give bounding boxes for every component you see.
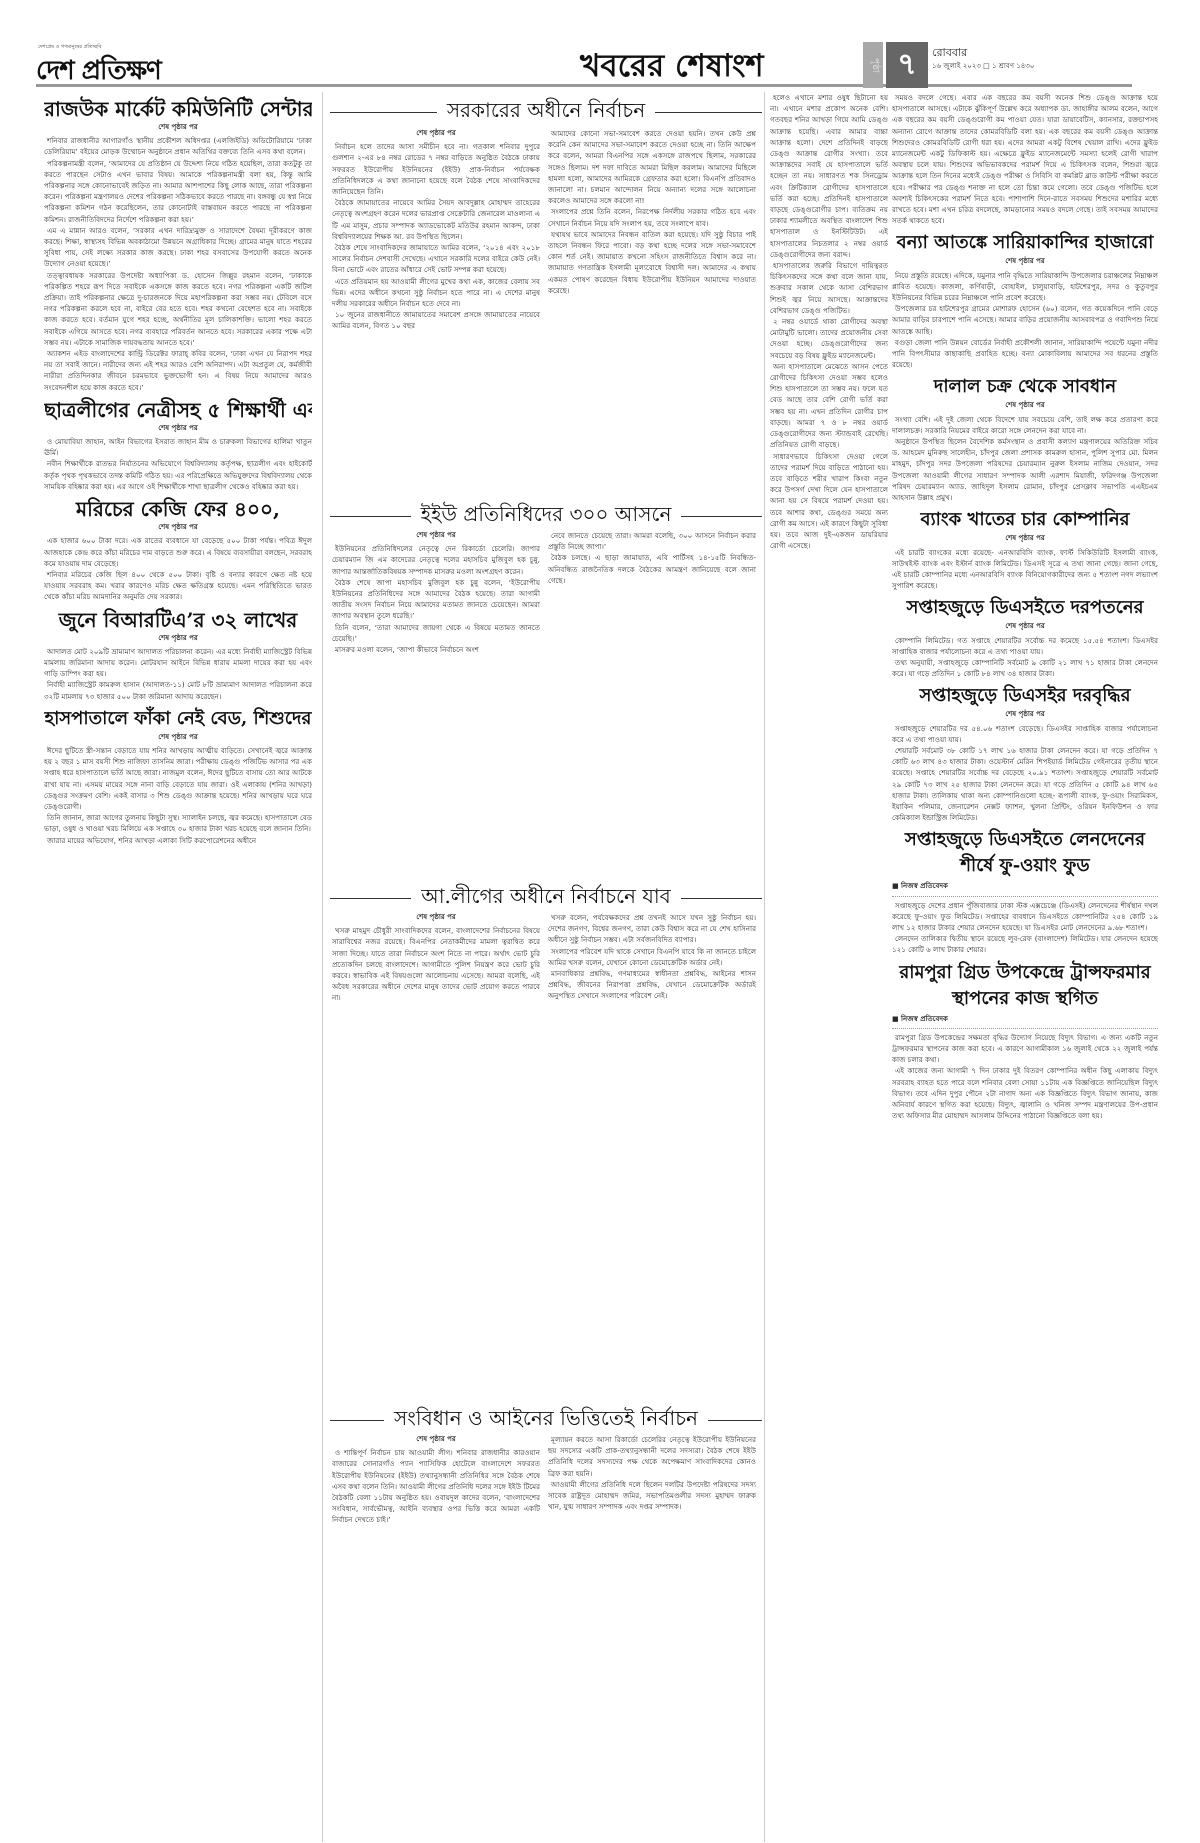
- page-number: ৭: [886, 42, 928, 88]
- continued-label: শেষ পৃষ্ঠার পর: [892, 709, 1158, 720]
- paragraph: সপ্তাহজুড়ে শেয়ারটির দর ৫৪.০৬ শতাংশ বেড…: [892, 723, 1158, 745]
- election-govt-col1: শেষ পৃষ্ঠার পর নির্বাচন হলে তাদের আসা সম…: [332, 128, 540, 493]
- headline-constitution: সংবিধান ও আইনের ভিত্তিতেই নির্বাচন: [330, 1404, 762, 1437]
- awami-election-col1: শেষ পৃষ্ঠার পর খসরু মাহমুদ চৌধুরী সাংবাদ…: [332, 912, 540, 1397]
- rule: [655, 112, 762, 113]
- left-column: রাজউক মার্কেট কমিউনিটি সেন্টার শেষ পৃষ্ঠ…: [44, 92, 312, 1842]
- headline: সপ্তাহজুড়ে ডিএসইর দরবৃদ্ধির: [892, 683, 1158, 709]
- paragraph: তত্ত্বাবধায়ক সরকারের উপদেষ্টা অধ্যাপিকা…: [44, 270, 312, 348]
- paragraph: জারার মায়ের অভিযোগ, শনির আখড়া এলাকা সি…: [44, 835, 312, 846]
- awami-election-col2: খসরু বলেন, পর্যবেক্ষকদের প্রশ্ন তখনই আসে…: [548, 912, 756, 1397]
- continued-label: শেষ পৃষ্ঠার পর: [892, 400, 1158, 411]
- paragraph: ও শান্তিপূর্ণ নির্বাচন চায় আওয়ামী লীগ।…: [332, 1447, 540, 1525]
- paragraph: নির্বাহী ম্যাজিস্ট্রেট কামরুল হাসান (আদা…: [44, 679, 312, 701]
- paragraph: শেয়ারটি সর্বমোট ৩৮ কোটি ১৭ লাখ ১৬ হাজার…: [892, 745, 1158, 823]
- continued-label: শেষ পৃষ্ঠার পর: [44, 633, 312, 644]
- article-dse-price: সপ্তাহজুড়ে ডিএসইতে দরপতনের শেষ পৃষ্ঠার …: [892, 595, 1158, 679]
- paragraph: এম এ মান্নান আরও বলেন, ‘সরকার এখন দারিদ্…: [44, 225, 312, 270]
- headline: সংবিধান ও আইনের ভিত্তিতেই নির্বাচন: [394, 1404, 698, 1437]
- rule: [681, 516, 762, 517]
- headline: ব্যাংক খাতের চার কোম্পানির: [892, 507, 1158, 533]
- paragraph: এই কাজের জন্য আগামী ৭ দিন ঢাকার দুই বিতর…: [892, 1065, 1158, 1121]
- continued-label: শেষ পৃষ্ঠার পর: [44, 732, 312, 743]
- continued-label: শেষ পৃষ্ঠার পর: [892, 621, 1158, 632]
- paragraph: তিনি বলেন, ‘তারা আমাদের জায়গা থেকে এ বি…: [332, 622, 540, 644]
- paragraph: ঈদের ছুটিতে স্ত্রী-সন্তান বেড়াতে যায় শ…: [44, 745, 312, 812]
- headline-line2: স্থাপনের কাজ স্থগিত: [892, 986, 1158, 1012]
- newspaper-logo: দেশ প্রতিক্ষণ: [36, 50, 161, 94]
- paragraph: এই চারটি ব্যাংকের মধ্যে রয়েছে- এনআরবিসি…: [892, 547, 1158, 592]
- constitution-col2: মূল্যায়ন করতে আসা রিকার্ডো চেলেরির নেতৃ…: [548, 1434, 756, 1839]
- paragraph: ২ নম্বর ওয়ার্ডে থাকা রোগীদের অবস্থা মোট…: [770, 316, 888, 361]
- headline: রাজউক মার্কেট কমিউনিটি সেন্টার: [44, 96, 312, 122]
- headline: হাসপাতালে ফাঁকা নেই বেড, শিশুদের: [44, 706, 312, 732]
- paragraph: সময়ও বদলে গেছে। এবার এক বছরের কম বয়সী …: [892, 92, 1158, 226]
- column-divider: [322, 92, 323, 1842]
- paragraph: কোম্পানি লিমিটেড। গত সপ্তাহে শেয়ারটির স…: [892, 635, 1158, 657]
- rule: [681, 898, 762, 899]
- article-rampura: রামপুরা গ্রিড উপকেন্দ্রে ট্রান্সফরমার স্…: [892, 960, 1158, 1122]
- paragraph: এক হাজার ৬০০ টাকা দরে। এক রাতের ব্যবধানে…: [44, 535, 312, 569]
- eu-300-col2: নেবে জানতে চেয়েছে তারা। আমরা বলেছি, ৩০০…: [548, 530, 756, 875]
- paragraph: ১০ জুনের রাজধানীতে জামায়াতের সমাবেশ প্র…: [332, 309, 540, 331]
- paragraph: অ্যাকশন এইড বাংলাদেশের কান্ট্রি ডিরেক্টর…: [44, 348, 312, 393]
- paragraph: নেবে জানতে চেয়েছে তারা। আমরা বলেছি, ৩০০…: [548, 530, 756, 552]
- paragraph: মানবাধিকার প্রশ্নবিদ্ধ, গণমাধ্যমের স্বাধ…: [548, 968, 756, 1002]
- paragraph: খসরু বলেন, পর্যবেক্ষকদের প্রশ্ন তখনই আসে…: [548, 912, 756, 946]
- paragraph: বৈঠকে জামায়াতের নায়েবে আমির সৈয়দ আবদু…: [332, 197, 540, 242]
- paragraph: অন্য হাসপাতালে মেঝেতে আসন পেতে রোগীদের চ…: [770, 361, 888, 451]
- paragraph: সংলাপের পরিবেশ যদি থাকে সেখানে বিএনপি যা…: [548, 946, 756, 968]
- headline: মরিচের কেজি ফের ৪০০,: [44, 496, 312, 522]
- headline: সরকারের অধীনে নির্বাচন: [447, 96, 645, 129]
- continued-label: শেষ পৃষ্ঠার পর: [332, 1434, 540, 1445]
- column-divider: [764, 92, 765, 1842]
- article-hospital: হাসপাতালে ফাঁকা নেই বেড, শিশুদের শেষ পৃষ…: [44, 706, 312, 846]
- headline: সপ্তাহজুড়ে ডিএসইতে দরপতনের: [892, 595, 1158, 621]
- article-dse-fuwang: সপ্তাহজুড়ে ডিএসইতে লেনদেনের শীর্ষে ফু-ও…: [892, 827, 1158, 955]
- headline-eu-300: ইইউ প্রতিনিধিদের ৩০০ আসনে: [330, 500, 762, 533]
- paragraph: অনুষ্ঠানে উপস্থিত ছিলেন বৈদেশিক কর্মসংস্…: [892, 436, 1158, 503]
- article-chhatraleague: ছাত্রলীগের নেত্রীসহ ৫ শিক্ষার্থী এক শেষ …: [44, 397, 312, 492]
- paragraph: ও মোয়াবিয়া জাহান, আইন বিভাগের ইসরাত জা…: [44, 436, 312, 458]
- headline: বন্যা আতঙ্কে সারিয়াকান্দির হাজারো: [892, 230, 1158, 256]
- paragraph: রামপুরা গ্রিড উপকেন্দ্রের সক্ষমতা বৃদ্ধি…: [892, 1032, 1158, 1066]
- paragraph: লেনদেন তালিকার দ্বিতীয় স্থানে রয়েছে লু…: [892, 933, 1158, 955]
- paragraph: শনিবার রাজধানীর আগারগাঁও স্থানীয় প্রকৌশ…: [44, 135, 312, 157]
- headline: সপ্তাহজুড়ে ডিএসইতে লেনদেনের: [892, 827, 1158, 853]
- right-column: সময়ও বদলে গেছে। এবার এক বছরের কম বয়সী …: [892, 92, 1158, 1842]
- dengue-continuation-wide: সময়ও বদলে গেছে। এবার এক বছরের কম বয়সী …: [892, 92, 1158, 226]
- byline: ■ নিজস্ব প্রতিবেদক: [892, 881, 1158, 892]
- paragraph: সাধারণভাবে চিকিৎসা দেওয়া গেলে তাদের পরা…: [770, 451, 888, 552]
- paragraph: নিয়ে প্রস্তুতি রয়েছে। এদিকে, যমুনার পা…: [892, 270, 1158, 304]
- eu-300-col1: শেষ পৃষ্ঠার পর ইউনিয়নের প্রতিনিধিদলের ন…: [332, 530, 540, 875]
- paragraph: এতে প্রতিয়মান হয় আওয়ামী লীগের মুখের ক…: [332, 276, 540, 310]
- rule: [330, 898, 411, 899]
- headline: জুনে বিআরটিএ’র ৩২ লাখের: [44, 607, 312, 633]
- rule: [330, 516, 411, 517]
- headline: রামপুরা গ্রিড উপকেন্দ্রে ট্রান্সফরমার: [892, 960, 1158, 986]
- paragraph: আমাদের কোনো সভা-সমাবেশ করতে দেওয়া হয়নি…: [548, 128, 756, 206]
- constitution-col1: শেষ পৃষ্ঠার পর ও শান্তিপূর্ণ নির্বাচন চা…: [332, 1434, 540, 1839]
- dotted-rule: [892, 896, 1158, 897]
- headline: ইইউ প্রতিনিধিদের ৩০০ আসনে: [421, 500, 672, 533]
- article-dse-rise: সপ্তাহজুড়ে ডিএসইর দরবৃদ্ধির শেষ পৃষ্ঠার…: [892, 683, 1158, 823]
- article-rajuk: রাজউক মার্কেট কমিউনিটি সেন্টার শেষ পৃষ্ঠ…: [44, 96, 312, 393]
- section-title: খবরের শেষাংশ: [580, 42, 764, 94]
- paragraph: বৈঠক চলছে। এ ছাড়া জামায়াত, এবি পার্টিস…: [548, 552, 756, 586]
- paragraph: উপজেলার চর হাটশেরপুর গ্রামের মোশারফ হোসে…: [892, 303, 1158, 337]
- article-brta: জুনে বিআরটিএ’র ৩২ লাখের শেষ পৃষ্ঠার পর আ…: [44, 607, 312, 702]
- article-broker: দালাল চক্র থেকে সাবধান শেষ পৃষ্ঠার পর সং…: [892, 374, 1158, 503]
- paragraph: মাসরুর মওলা বলেন, ‘জাপা কীভাবে নির্বাচনে…: [332, 644, 540, 655]
- headline: ছাত্রলীগের নেত্রীসহ ৫ শিক্ষার্থী এক: [44, 397, 312, 423]
- page-label: পৃষ্ঠা: [863, 42, 883, 88]
- paragraph: হলেও এখানে মশার ওষুধ ছিটানো হয় না। এখান…: [770, 92, 888, 260]
- continued-label: শেষ পৃষ্ঠার পর: [44, 423, 312, 434]
- continued-label: শেষ পৃষ্ঠার পর: [332, 912, 540, 923]
- continued-label: শেষ পৃষ্ঠার পর: [892, 256, 1158, 267]
- headline-line2: শীর্ষে ফু-ওয়াং ফুড: [892, 853, 1158, 879]
- continued-label: শেষ পৃষ্ঠার পর: [44, 522, 312, 533]
- continued-label: শেষ পৃষ্ঠার পর: [892, 533, 1158, 544]
- election-govt-col2: আমাদের কোনো সভা-সমাবেশ করতে দেওয়া হয়নি…: [548, 128, 756, 493]
- rule: [330, 112, 437, 113]
- paragraph: নির্বাচন হলে তাদের আসা সমীচীন হবে না। গত…: [332, 141, 540, 197]
- rule: [708, 1420, 762, 1421]
- paragraph: সপ্তাহজুড়ে দেশের প্রধান পুঁজিবাজার ঢাকা…: [892, 900, 1158, 934]
- headline: আ.লীগের অধীনে নির্বাচনে যাব: [421, 882, 671, 915]
- byline: ■ নিজস্ব প্রতিবেদক: [892, 1014, 1158, 1025]
- paragraph: পরিকল্পনামন্ত্রী বলেন, ‘আমাদের যে প্রতিষ…: [44, 158, 312, 225]
- continued-label: শেষ পৃষ্ঠার পর: [332, 530, 540, 541]
- paragraph: আওয়ামী লীগের প্রতিনিধি দলে ছিলেন দলটির …: [548, 1479, 756, 1513]
- article-bank: ব্যাংক খাতের চার কোম্পানির শেষ পৃষ্ঠার প…: [892, 507, 1158, 591]
- paragraph: আদালত মোট ২০৯টি ভ্রাম্যমাণ আদালত পরিচালন…: [44, 646, 312, 680]
- paragraph: নবীন শিক্ষার্থীকে রাতভর নির্যাতনের অভিযো…: [44, 458, 312, 492]
- dotted-rule: [892, 1028, 1158, 1029]
- masthead-rule-right: [932, 84, 1132, 87]
- issue-date: ১৬ জুলাই ২০২৩ □ ১ শ্রাবণ ১৪৩০: [932, 60, 1034, 72]
- paragraph: ইউনিয়নের প্রতিনিধিদলের নেতৃত্বে দেন রিক…: [332, 543, 540, 577]
- paragraph: শনিবার মরিচের কেজি ছিল ৪০০ থেকে ৫০০ টাকা…: [44, 569, 312, 603]
- paragraph: বৈঠক শেষে সাংবাদিকদের জামায়াতে আমির বলে…: [332, 242, 540, 276]
- paragraph: যথাযথ ভাবে আমাদের নিবন্ধন বাতিল করা হয়ে…: [548, 229, 756, 296]
- paragraph: সংলাপের প্রশ্নে তিনি বলেন, নিরপেক্ষ নির্…: [548, 206, 756, 228]
- paragraph: মূল্যায়ন করতে আসা রিকার্ডো চেলেরির নেতৃ…: [548, 1434, 756, 1479]
- paragraph: তিনি জানান, জারা আগের তুলনায় কিছুটা সুস…: [44, 812, 312, 834]
- paragraph: বৈঠক শেষে জাপা মহাসচিব মুজিবুল হক চুন্নু…: [332, 577, 540, 622]
- paragraph: বগুড়া জেলা পানি উন্নয়ন বোর্ডের নির্বাহ…: [892, 337, 1158, 371]
- headline-election-govt: সরকারের অধীনে নির্বাচন: [330, 96, 762, 129]
- paragraph: তথ্য অনুযায়ী, সপ্তাহজুড়ে কোম্পানিটি সর…: [892, 657, 1158, 679]
- paragraph: খসরু মাহমুদ চৌধুরী সাংবাদিকদের বলেন, বাং…: [332, 925, 540, 1003]
- continued-label: শেষ পৃষ্ঠার পর: [44, 122, 312, 133]
- headline-awami-election: আ.লীগের অধীনে নির্বাচনে যাব: [330, 882, 762, 915]
- rule: [330, 1420, 384, 1421]
- continued-label: শেষ পৃষ্ঠার পর: [332, 128, 540, 139]
- dengue-continuation-col: হলেও এখানে মশার ওষুধ ছিটানো হয় না। এখান…: [770, 92, 888, 1842]
- paragraph: হাসপাতালের জরুরি বিভাগে দায়িত্বরত চিকিৎ…: [770, 260, 888, 316]
- article-chili: মরিচের কেজি ফের ৪০০, শেষ পৃষ্ঠার পর এক হ…: [44, 496, 312, 602]
- paragraph: সংখ্যা বেশি। এই দুই জেলা থেকে বিদেশে যায…: [892, 414, 1158, 436]
- headline: দালাল চক্র থেকে সাবধান: [892, 374, 1158, 400]
- article-flood: বন্যা আতঙ্কে সারিয়াকান্দির হাজারো শেষ প…: [892, 230, 1158, 370]
